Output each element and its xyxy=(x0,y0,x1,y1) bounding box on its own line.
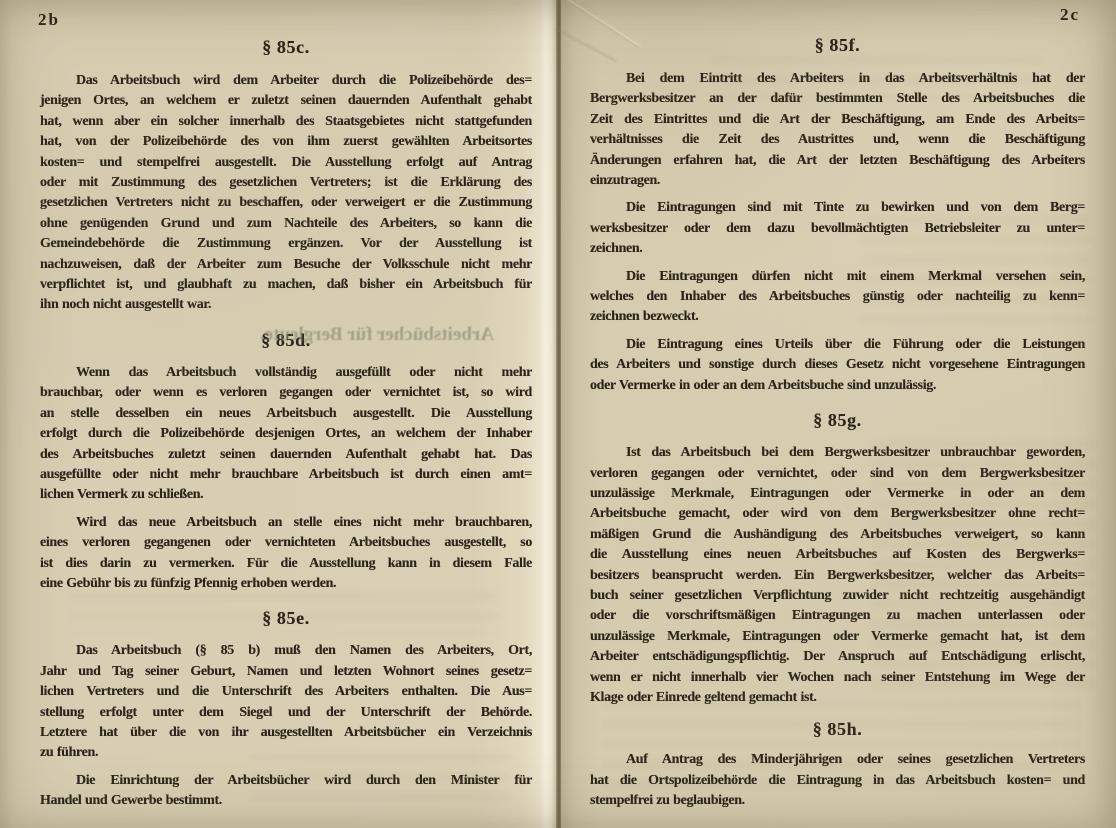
paragraph-85d-1: Wenn das Arbeitsbuch vollständig ausgefü… xyxy=(40,363,532,506)
paragraph-85d-2: Wird das neue Arbeitsbuch an stelle eine… xyxy=(40,513,532,595)
text-line: stellung erfolgt unter dem Siegel und de… xyxy=(40,703,532,723)
text-line: Bei dem Eintritt des Arbeiters in das Ar… xyxy=(590,69,1085,89)
text-line: Die Eintragungen sind mit Tinte zu bewir… xyxy=(590,198,1085,218)
section-heading-85d: § 85d. xyxy=(40,329,532,351)
text-line: Jahr und Tag seiner Geburt, Namen und le… xyxy=(40,662,532,682)
text-line: Ist das Arbeitsbuch bei dem Bergwerksbes… xyxy=(590,443,1085,463)
text-line: oder Vermerke in oder an dem Arbeitsbuch… xyxy=(590,376,1085,396)
text-line: ausgefüllte oder nicht mehr brauchbare A… xyxy=(40,465,532,485)
text-line: an stelle desselben ein neues Arbeitsbuc… xyxy=(40,404,532,424)
text-line: des Arbeitsbuches zuletzt seinen dauernd… xyxy=(40,445,532,465)
text-line: brauchbar, oder wenn es verloren gegange… xyxy=(40,383,532,403)
page-right: 2c § 85f. Bei dem Eintritt des Arbeiters… xyxy=(561,0,1116,828)
text-line: eines verloren gegangenen oder vernichte… xyxy=(40,533,532,553)
text-line: Gemeindebehörde die Zustimmung ergänzen.… xyxy=(40,234,532,254)
text-line: besitzers beansprucht werden. Ein Bergwe… xyxy=(590,566,1085,586)
text-line: lichen Vermerk zu schließen. xyxy=(40,485,532,505)
text-line: unzulässige Merkmale, Eintragungen oder … xyxy=(590,484,1085,504)
section-heading-85g: § 85g. xyxy=(590,409,1085,431)
section-heading-85h: § 85h. xyxy=(590,718,1085,740)
paragraph-85e-2: Die Einrichtung der Arbeitsbücher wird d… xyxy=(40,771,532,812)
page-left: 2b § 85c. Das Arbeitsbuch wird dem Arbei… xyxy=(0,0,538,828)
text-line: verhältnisses die Zeit des Austrittes un… xyxy=(590,130,1085,150)
text-line: einzutragen. xyxy=(590,171,1085,191)
text-line: Auf Antrag des Minderjährigen oder seine… xyxy=(590,750,1085,770)
text-line: zeichnen bezweckt. xyxy=(590,307,1085,327)
text-line: mäßigen Grund die Aushändigung des Arbei… xyxy=(590,525,1085,545)
section-heading-85c: § 85c. xyxy=(40,36,532,58)
text-line: Die Einrichtung der Arbeitsbücher wird d… xyxy=(40,771,532,791)
text-line: hat, wenn aber ein solcher innerhalb des… xyxy=(40,112,532,132)
text-line: Die Eintragungen dürfen nicht mit einem … xyxy=(590,267,1085,287)
page-gutter-highlight xyxy=(538,0,556,828)
section-heading-85e: § 85e. xyxy=(40,607,532,629)
text-line: Klage oder Einrede geltend gemacht ist. xyxy=(590,688,1085,708)
text-line: erfolgt durch die Polizeibehörde desjeni… xyxy=(40,424,532,444)
text-line: zu führen. xyxy=(40,743,532,763)
text-line: hat die Ortspolizeibehörde die Eintragun… xyxy=(590,771,1085,791)
text-line: gesetzlichen Vertreters nicht zu beschaf… xyxy=(40,193,532,213)
text-line: stempelfrei zu beglaubigen. xyxy=(590,791,1085,811)
text-line: Wenn das Arbeitsbuch vollständig ausgefü… xyxy=(40,363,532,383)
text-line: Zeit des Eintrittes und die Art der Besc… xyxy=(590,110,1085,130)
text-line: hat, von der Polizeibehörde des von ihm … xyxy=(40,132,532,152)
text-line: Änderungen erfahren hat, die Art der let… xyxy=(590,151,1085,171)
text-line: ohne genügenden Grund und zum Nachteile … xyxy=(40,214,532,234)
text-line: wenn er nicht innerhalb vier Wochen nach… xyxy=(590,668,1085,688)
text-line: ist dies darin zu vermerken. Für die Aus… xyxy=(40,554,532,574)
text-line: des Arbeiters und sonstige durch dieses … xyxy=(590,355,1085,375)
text-line: welches den Inhaber des Arbeitsbuches gü… xyxy=(590,287,1085,307)
text-line: Das Arbeitsbuch wird dem Arbeiter durch … xyxy=(40,71,532,91)
left-text-column: § 85c. Das Arbeitsbuch wird dem Arbeiter… xyxy=(40,36,532,819)
text-line: ihn noch nicht ausgestellt war. xyxy=(40,295,532,315)
paragraph-85f-1: Bei dem Eintritt des Arbeiters in das Ar… xyxy=(590,69,1085,191)
section-heading-85f: § 85f. xyxy=(590,34,1085,56)
paragraph-85f-4: Die Eintragung eines Urteils über die Fü… xyxy=(590,335,1085,396)
text-line: kosten= und stempelfrei ausgestellt. Die… xyxy=(40,153,532,173)
text-line: verpflichtet ist, und glaubhaft zu mache… xyxy=(40,275,532,295)
paragraph-85g-1: Ist das Arbeitsbuch bei dem Bergwerksbes… xyxy=(590,443,1085,708)
text-line: Handel und Gewerbe bestimmt. xyxy=(40,791,532,811)
paragraph-85f-2: Die Eintragungen sind mit Tinte zu bewir… xyxy=(590,198,1085,259)
text-line: oder die vorschriftsmäßigen Eintragungen… xyxy=(590,606,1085,626)
text-line: Wird das neue Arbeitsbuch an stelle eine… xyxy=(40,513,532,533)
text-line: Das Arbeitsbuch (§ 85 b) muß den Namen d… xyxy=(40,641,532,661)
paragraph-85e-1: Das Arbeitsbuch (§ 85 b) muß den Namen d… xyxy=(40,641,532,763)
text-line: lichen Vertreters und die Unterschrift d… xyxy=(40,682,532,702)
text-line: verloren gegangen oder vernichtet, oder … xyxy=(590,464,1085,484)
text-line: werksbesitzer oder dem dazu bevollmächti… xyxy=(590,219,1085,239)
text-line: Arbeitsbuche gemacht, oder wird von dem … xyxy=(590,504,1085,524)
text-line: die Ausstellung eines neuen Arbeitsbuche… xyxy=(590,545,1085,565)
paragraph-85c-1: Das Arbeitsbuch wird dem Arbeiter durch … xyxy=(40,71,532,316)
book-spread: 2b § 85c. Das Arbeitsbuch wird dem Arbei… xyxy=(0,0,1116,828)
page-number-left: 2b xyxy=(38,10,60,30)
paragraph-85h-1: Auf Antrag des Minderjährigen oder seine… xyxy=(590,750,1085,811)
paragraph-85f-3: Die Eintragungen dürfen nicht mit einem … xyxy=(590,267,1085,328)
page-number-right: 2c xyxy=(1060,5,1080,25)
text-line: buch seiner gesetzlichen Verpflichtung z… xyxy=(590,586,1085,606)
text-line: Die Eintragung eines Urteils über die Fü… xyxy=(590,335,1085,355)
text-line: nachzuweisen, daß der Arbeiter zum Besuc… xyxy=(40,255,532,275)
text-line: jenigen Ortes, an welchem er zuletzt sei… xyxy=(40,91,532,111)
text-line: Letztere hat über die von ihr ausgestell… xyxy=(40,723,532,743)
text-line: unzulässige Merkmale, Eintragungen oder … xyxy=(590,627,1085,647)
text-line: oder mit Zustimmung des gesetzlichen Ver… xyxy=(40,173,532,193)
text-line: eine Gebühr bis zu fünfzig Pfennig erhob… xyxy=(40,574,532,594)
text-line: Arbeiter entschädigungspflichtig. Der An… xyxy=(590,647,1085,667)
text-line: Bergwerksbesitzer an der dafür bestimmte… xyxy=(590,89,1085,109)
text-line: zeichnen. xyxy=(590,239,1085,259)
right-text-column: § 85f. Bei dem Eintritt des Arbeiters in… xyxy=(590,34,1085,819)
